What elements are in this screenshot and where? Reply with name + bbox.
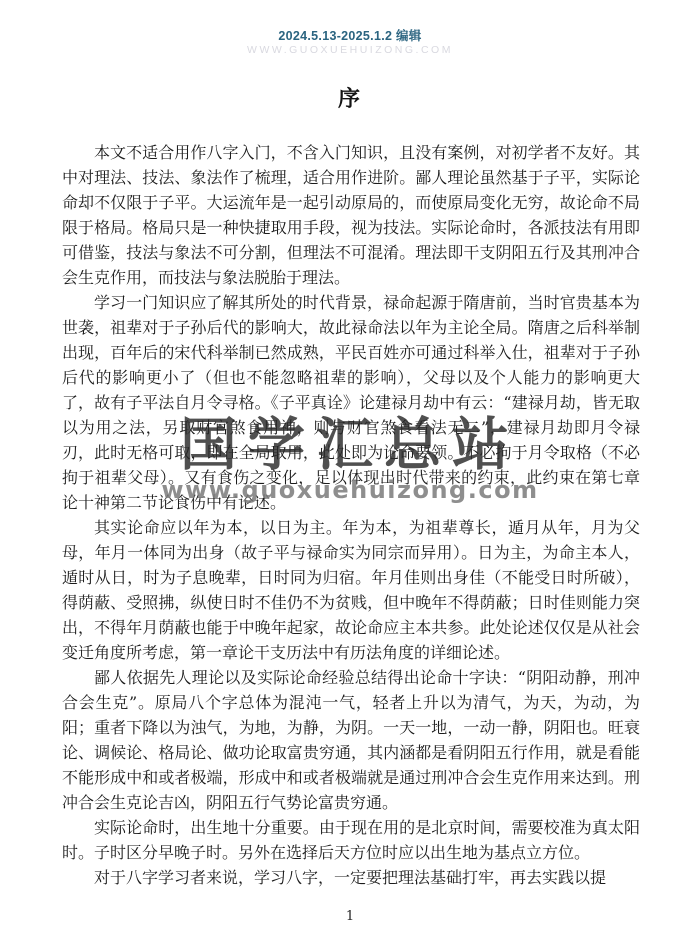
paragraph-intro: 本文不适合用作八字入门，不含入门知识，且没有案例，对初学者不友好。其中对理法、技…	[62, 140, 640, 290]
paragraph-ten-char-method: 鄙人依据先人理论以及实际论命经验总结得出论命十字诀：“阴阳动静，刑冲合会生克”。…	[62, 665, 640, 815]
edit-date-range: 2024.5.13-2025.1.2 编辑	[0, 26, 700, 44]
paragraph-advice: 对于八字学习者来说，学习八字，一定要把理法基础打牢，再去实践以提	[62, 865, 640, 890]
paragraph-birthplace: 实际论命时，出生地十分重要。由于现在用的是北京时间，需要校准为真太阳时。子时区分…	[62, 815, 640, 865]
body-text: 本文不适合用作八字入门，不含入门知识，且没有案例，对初学者不友好。其中对理法、技…	[62, 140, 640, 890]
page-title: 序	[0, 82, 700, 113]
paragraph-year-day: 其实论命应以年为本，以日为主。年为本，为祖辈尊长，遁月从年，月为父母，年月一体同…	[62, 515, 640, 665]
paragraph-history: 学习一门知识应了解其所处的时代背景，禄命起源于隋唐前，当时官贵基本为世袭，祖辈对…	[62, 290, 640, 515]
document-page: 2024.5.13-2025.1.2 编辑 WWW.GUOXUEHUIZONG.…	[0, 0, 700, 931]
top-watermark-url: WWW.GUOXUEHUIZONG.COM	[0, 44, 700, 56]
page-number: 1	[0, 909, 700, 924]
